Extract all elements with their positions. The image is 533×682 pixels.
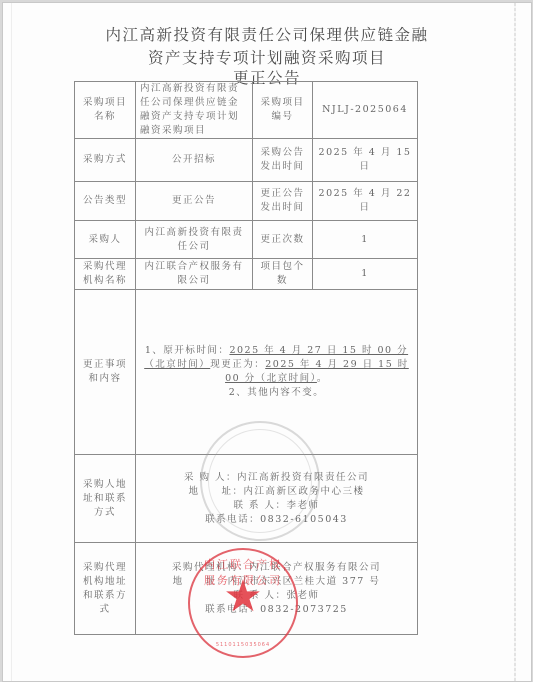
notice-time-value: 2025 年 4 月 15 日	[313, 139, 418, 182]
agency-label: 采购代理机构名称	[75, 259, 136, 290]
correction-time-value: 2025 年 4 月 22 日	[313, 182, 418, 221]
agency-contact-person: 联 系 人：张老师	[140, 589, 413, 603]
content-item-1: 1、原开标时间：2025 年 4 月 27 日 15 时 00 分（北京时间）现…	[140, 344, 413, 386]
package-count-label: 项目包个数	[253, 259, 313, 290]
correction-count-value: 1	[313, 221, 418, 259]
method-label: 采购方式	[75, 139, 136, 182]
agency-seal-code: 5110115035064	[190, 642, 296, 648]
package-count-value: 1	[313, 259, 418, 290]
agency-contact-address: 地 址：内江市东兴区兰桂大道 377 号	[140, 575, 413, 589]
table-row: 采购人地址和联系方式 采 购 人：内江高新投资有限责任公司 地 址：内江高新区政…	[75, 455, 418, 543]
agency-value: 内江联合产权服务有限公司	[136, 259, 253, 290]
purchaser-contact-person: 联 系 人：李老师	[140, 499, 413, 513]
correction-content: 1、原开标时间：2025 年 4 月 27 日 15 时 00 分（北京时间）现…	[136, 290, 418, 455]
content-item-2: 2、其他内容不变。	[140, 386, 413, 400]
project-name-label: 采购项目名称	[75, 82, 136, 139]
type-label: 公告类型	[75, 182, 136, 221]
table-row: 采购代理机构地址和联系方式 采购代理机构：内江联合产权服务有限公司 地 址：内江…	[75, 543, 418, 635]
table-row: 更正事项和内容 1、原开标时间：2025 年 4 月 27 日 15 时 00 …	[75, 290, 418, 455]
purchaser-value: 内江高新投资有限责任公司	[136, 221, 253, 259]
document-page: 内江高新投资有限责任公司保理供应链金融 资产支持专项计划融资采购项目 更正公告 …	[2, 2, 532, 682]
scan-edge-left	[11, 3, 12, 681]
purchaser-contact-label: 采购人地址和联系方式	[75, 455, 136, 543]
notice-time-label: 采购公告发出时间	[253, 139, 313, 182]
agency-contact-name: 采购代理机构：内江联合产权服务有限公司	[140, 561, 413, 575]
announcement-table: 采购项目名称 内江高新投资有限责任公司保理供应链金融资产支持专项计划融资采购项目…	[74, 81, 418, 635]
content-label: 更正事项和内容	[75, 290, 136, 455]
table-row: 采购代理机构名称 内江联合产权服务有限公司 项目包个数 1	[75, 259, 418, 290]
title-line-2: 资产支持专项计划融资采购项目	[3, 46, 531, 68]
table-row: 公告类型 更正公告 更正公告发出时间 2025 年 4 月 22 日	[75, 182, 418, 221]
method-value: 公开招标	[136, 139, 253, 182]
scan-edge-right	[514, 3, 516, 681]
correction-time-label: 更正公告发出时间	[253, 182, 313, 221]
correction-count-label: 更正次数	[253, 221, 313, 259]
title-line-1: 内江高新投资有限责任公司保理供应链金融	[3, 23, 531, 45]
purchaser-contact-name: 采 购 人：内江高新投资有限责任公司	[140, 471, 413, 485]
table-row: 采购项目名称 内江高新投资有限责任公司保理供应链金融资产支持专项计划融资采购项目…	[75, 82, 418, 139]
table-row: 采购人 内江高新投资有限责任公司 更正次数 1	[75, 221, 418, 259]
type-value: 更正公告	[136, 182, 253, 221]
agency-contact-phone: 联系电话：0832-2073725	[140, 603, 413, 617]
purchaser-contact-address: 地 址：内江高新区政务中心三楼	[140, 485, 413, 499]
agency-contact: 采购代理机构：内江联合产权服务有限公司 地 址：内江市东兴区兰桂大道 377 号…	[136, 543, 418, 635]
project-no-label: 采购项目编号	[253, 82, 313, 139]
purchaser-contact: 采 购 人：内江高新投资有限责任公司 地 址：内江高新区政务中心三楼 联 系 人…	[136, 455, 418, 543]
table-row: 采购方式 公开招标 采购公告发出时间 2025 年 4 月 15 日	[75, 139, 418, 182]
agency-contact-label: 采购代理机构地址和联系方式	[75, 543, 136, 635]
purchaser-label: 采购人	[75, 221, 136, 259]
project-no-value: NJLJ-2025064	[313, 82, 418, 139]
project-name-value: 内江高新投资有限责任公司保理供应链金融资产支持专项计划融资采购项目	[136, 82, 253, 139]
purchaser-contact-phone: 联系电话：0832-6105043	[140, 513, 413, 527]
